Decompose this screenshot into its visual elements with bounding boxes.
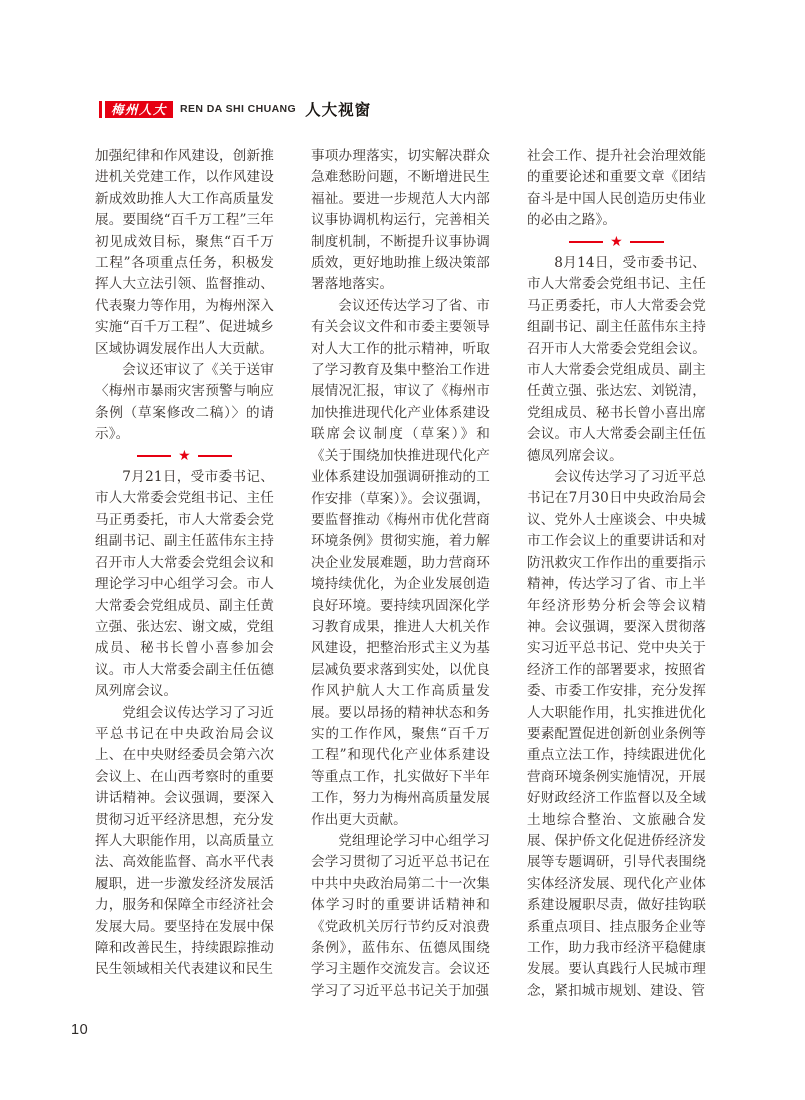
divider-line xyxy=(630,241,664,243)
article-paragraph: 党组理论学习中心组学习会学习贯彻了习近平总书记在中共中央政治局第二十一次集体学习… xyxy=(311,831,490,1002)
article-paragraph: 8月14日，受市委书记、市人大常委会党组书记、主任马正勇委托，市人大常委会党组副… xyxy=(527,253,706,467)
article-column-1: 加强纪律和作风建设，创新推进机关党建工作，以作风建设新成效助推人大工作高质量发展… xyxy=(95,146,274,1002)
article-paragraph: 社会工作、提升社会治理效能的重要论述和重要文章《团结奋斗是中国人民创造历史伟业的… xyxy=(527,146,706,232)
section-title: 人大视窗 xyxy=(305,98,371,120)
article-paragraph: 会议还传达学习了省、市有关会议文件和市委主要领导对人大工作的批示精神，听取了学习… xyxy=(311,296,490,831)
article-paragraph: 事项办理落实，切实解决群众急难愁盼问题，不断增进民生福祉。要进一步规范人大内部议… xyxy=(311,146,490,296)
masthead-pinyin: REN DA SHI CHUANG xyxy=(180,103,296,115)
magazine-page: 梅州人大 REN DA SHI CHUANG 人大视窗 加强纪律和作风建设，创新… xyxy=(0,0,805,1100)
article-paragraph: 会议传达学习了习近平总书记在7月30日中央政治局会议、党外人士座谈会、中央城市工… xyxy=(527,467,706,1002)
star-divider: ★ xyxy=(95,446,274,467)
article-paragraph: 7月21日，受市委书记、市人大常委会党组书记、主任马正勇委托，市人大常委会党组副… xyxy=(95,467,274,702)
divider-line xyxy=(198,455,232,457)
star-icon: ★ xyxy=(178,449,191,463)
divider-line xyxy=(569,241,603,243)
red-bar-decoration xyxy=(99,101,102,118)
page-number: 10 xyxy=(71,1022,88,1038)
divider-line xyxy=(137,455,171,457)
star-divider: ★ xyxy=(527,232,706,253)
article-paragraph: 加强纪律和作风建设，创新推进机关党建工作，以作风建设新成效助推人大工作高质量发展… xyxy=(95,146,274,360)
masthead-logo: 梅州人大 xyxy=(105,101,173,118)
article-body: 加强纪律和作风建设，创新推进机关党建工作，以作风建设新成效助推人大工作高质量发展… xyxy=(95,146,706,1002)
article-paragraph: 党组会议传达学习了习近平总书记在中央政治局会议上、在中央财经委员会第六次会议上、… xyxy=(95,703,274,981)
page-header: 梅州人大 REN DA SHI CHUANG 人大视窗 xyxy=(99,99,371,119)
article-column-3: 社会工作、提升社会治理效能的重要论述和重要文章《团结奋斗是中国人民创造历史伟业的… xyxy=(527,146,706,1002)
star-icon: ★ xyxy=(610,235,623,249)
article-column-2: 事项办理落实，切实解决群众急难愁盼问题，不断增进民生福祉。要进一步规范人大内部议… xyxy=(311,146,490,1002)
article-paragraph: 会议还审议了《关于送审〈梅州市暴雨灾害预警与响应条例（草案修改二稿）〉的请示》。 xyxy=(95,360,274,446)
